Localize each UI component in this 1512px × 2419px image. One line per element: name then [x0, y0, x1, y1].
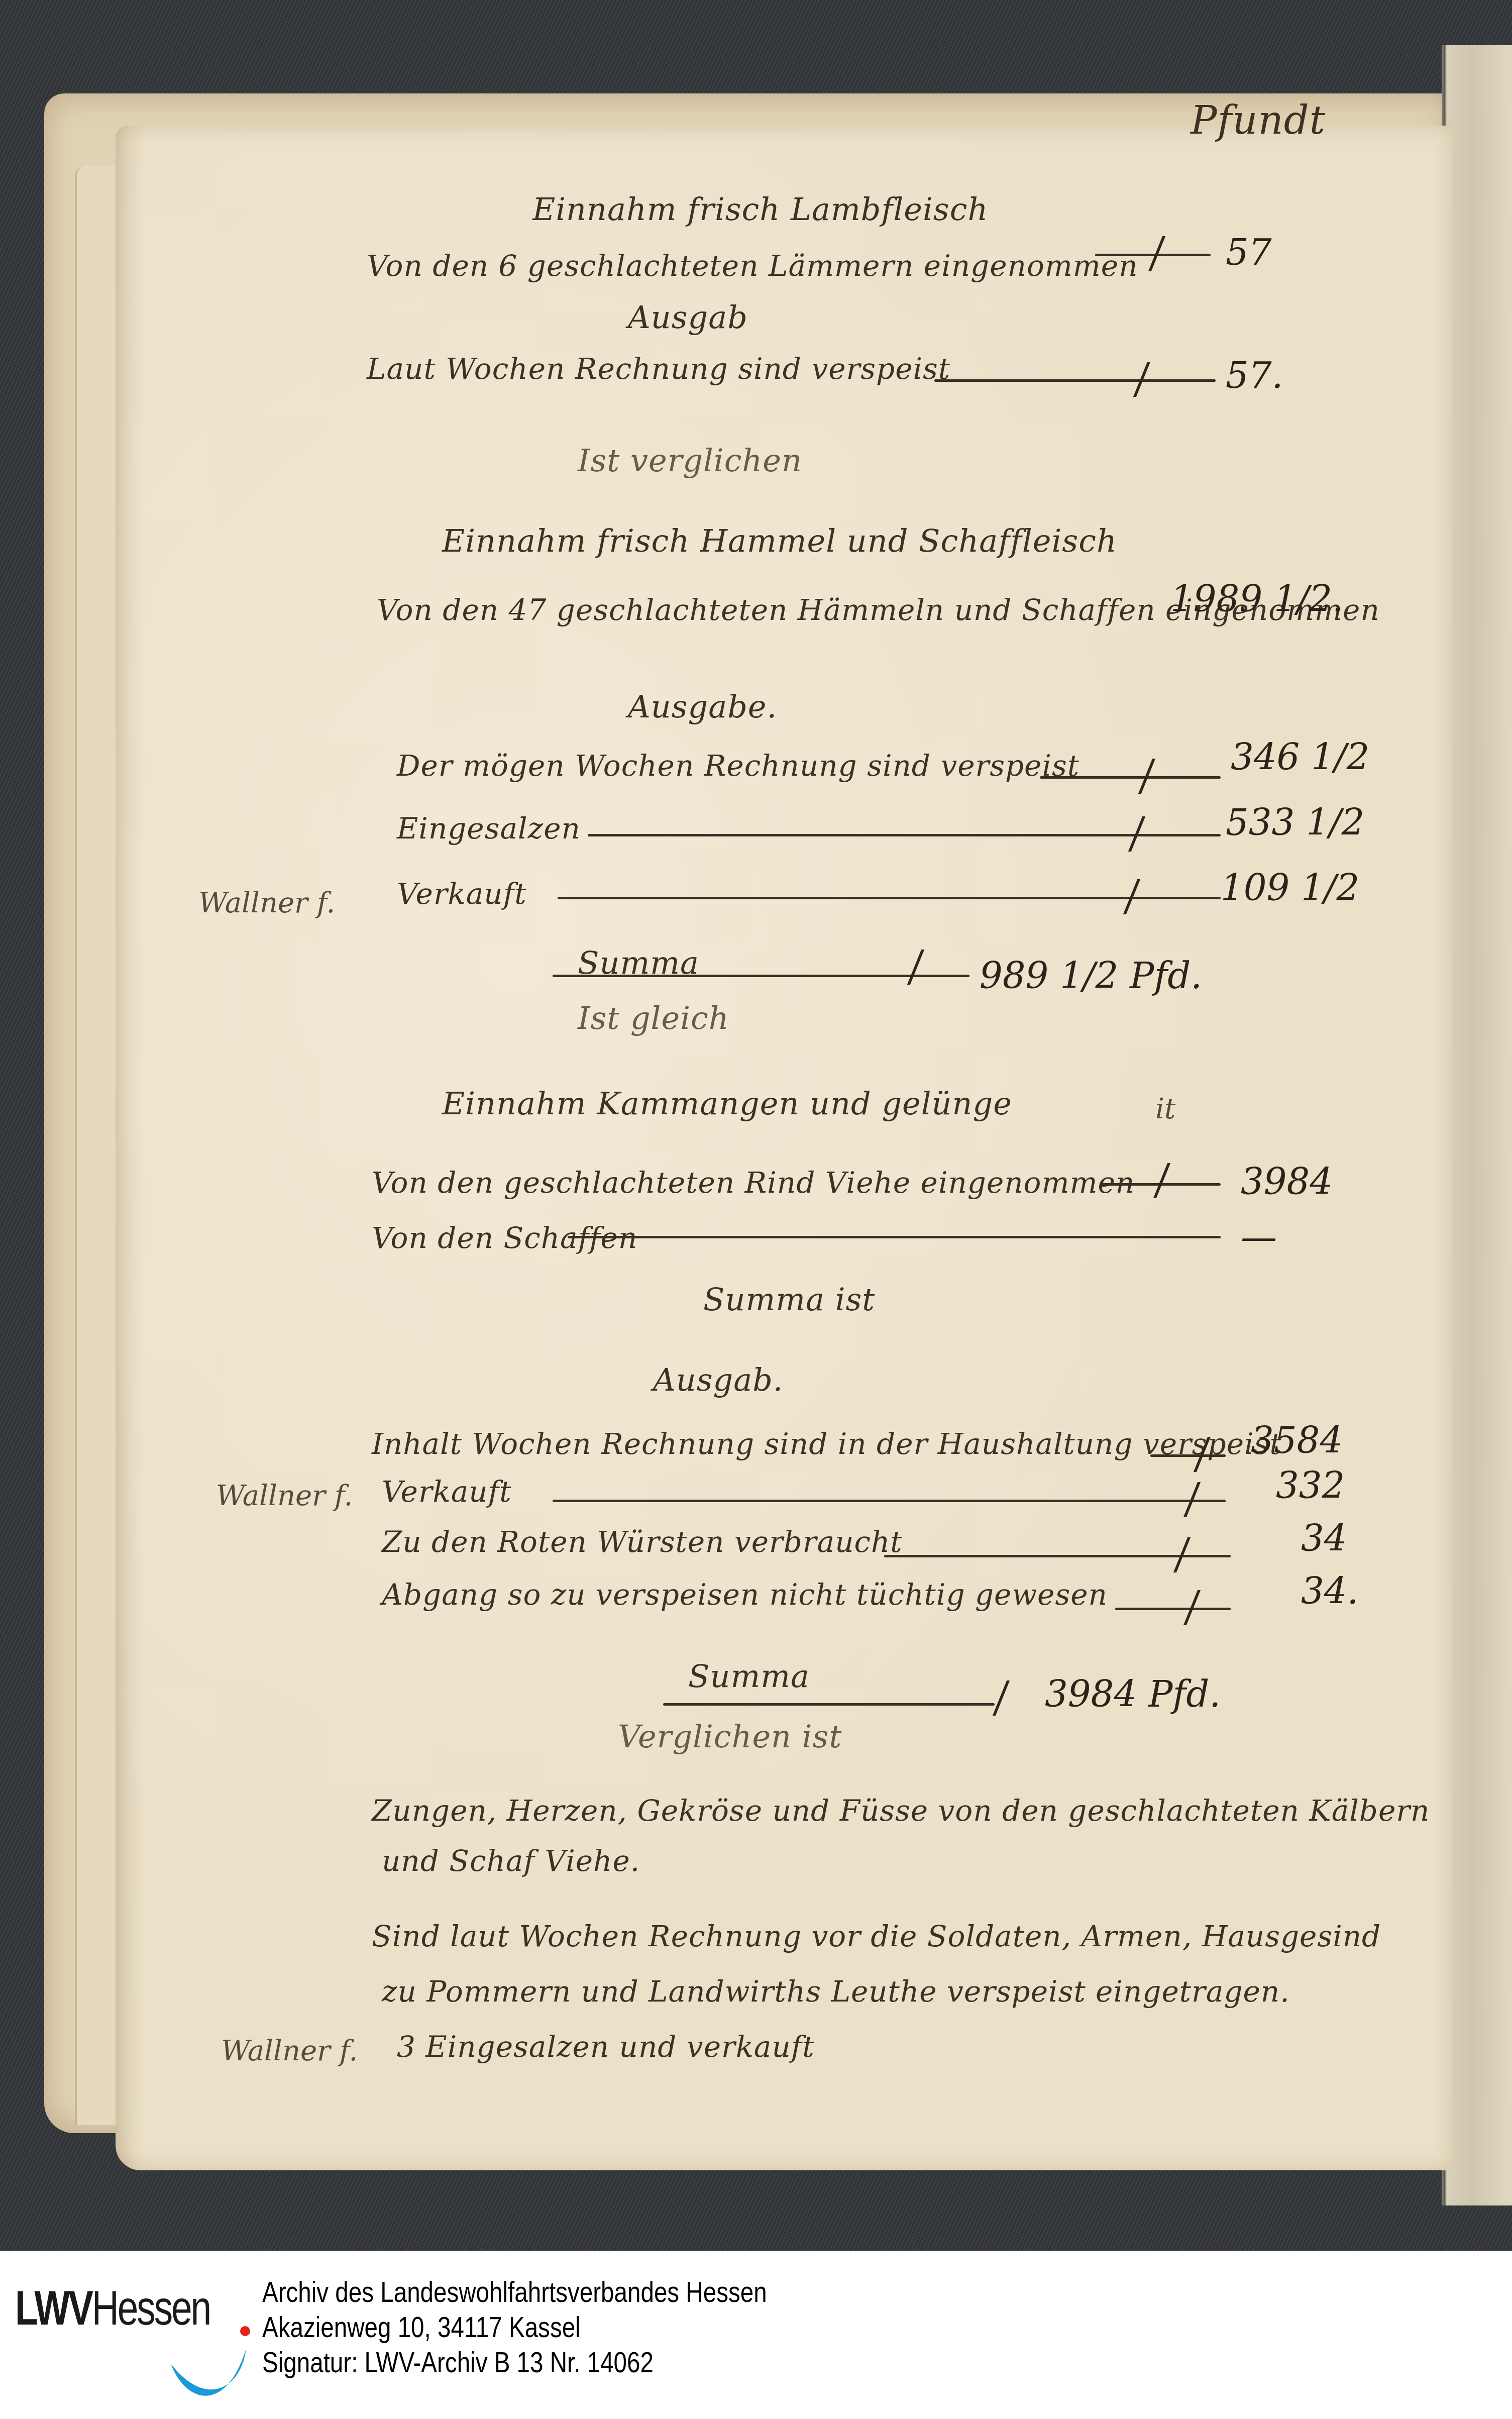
- section-2-summa-amount: 989 1/2 Pfd.: [980, 955, 1202, 997]
- ledger-rule: [663, 1703, 995, 1706]
- lwv-hessen-logo: LWVHessen: [15, 2281, 236, 2411]
- section-3-summa-label: Summa ist: [703, 1281, 875, 1318]
- section-3-margin-mark: it: [1155, 1093, 1175, 1125]
- section-2-expense-row-2: Eingesalzen: [397, 811, 581, 846]
- margin-note-wallner: Wallner f.: [221, 2035, 358, 2067]
- section-3-summa-amount: 3984 Pfd.: [1045, 1673, 1221, 1715]
- ledger-rule: [588, 834, 1221, 836]
- ledger-rule: [568, 1236, 1221, 1238]
- ledger-rule: [884, 1555, 1231, 1557]
- archive-info: Archiv des Landeswohlfahrtsverbandes Hes…: [262, 2275, 767, 2380]
- logo-bold-text: LWV: [15, 2281, 92, 2335]
- section-3-income-amount-1: 3984: [1241, 1161, 1333, 1203]
- section-2-expense-row-1: Der mögen Wochen Rechnung sind verspeist: [397, 749, 1079, 783]
- section-3-expense-amount-4: 34.: [1301, 1570, 1359, 1612]
- closing-line-1: Zungen, Herzen, Gekröse und Füsse von de…: [372, 1794, 1430, 1828]
- section-2-title: Einnahm frisch Hammel und Schaffleisch: [442, 522, 1117, 559]
- unit-header: Pfundt: [1191, 98, 1326, 143]
- logo-light-text: Hessen: [92, 2281, 210, 2335]
- section-2-expense-amount-3: 109 1/2: [1221, 867, 1359, 909]
- section-1-income-row: Von den 6 geschlachteten Lämmern eingeno…: [367, 249, 1138, 283]
- section-1-title: Einnahm frisch Lambfleisch: [532, 191, 988, 228]
- section-2-income-amount: 1989 1/2.: [1170, 578, 1344, 620]
- section-1-expense-amount: 57.: [1226, 354, 1283, 396]
- section-1-income-amount: 57: [1226, 231, 1272, 273]
- section-3-expense-amount-3: 34: [1301, 1517, 1347, 1559]
- logo-wordmark: LWVHessen: [15, 2281, 210, 2336]
- ledger-rule: [1040, 776, 1221, 779]
- ledger-rule: [553, 1500, 1226, 1502]
- closing-line-3: Sind laut Wochen Rechnung vor die Soldat…: [372, 1919, 1381, 1953]
- section-1-closing: Ist verglichen: [578, 442, 802, 479]
- section-3-expense-row-3: Zu den Roten Würsten verbraucht: [382, 1525, 903, 1559]
- section-3-expense-title: Ausgab.: [653, 1361, 784, 1398]
- section-3-expense-row-1: Inhalt Wochen Rechnung sind in der Haush…: [372, 1427, 1282, 1461]
- section-1-expense-title: Ausgab: [628, 299, 748, 336]
- ledger-rule: [1150, 1454, 1226, 1457]
- section-3-income-amount-2: —: [1241, 1216, 1277, 1258]
- archive-footer: LWVHessen Archiv des Landeswohlfahrtsver…: [0, 2251, 1512, 2419]
- section-3-expense-amount-2: 332: [1276, 1464, 1345, 1507]
- closing-line-4: zu Pommern und Landwirths Leuthe verspei…: [382, 1974, 1290, 2009]
- archive-signature: Signatur: LWV-Archiv B 13 Nr. 14062: [262, 2345, 767, 2380]
- closing-line-5: 3 Eingesalzen und verkauft: [397, 2030, 815, 2064]
- ledger-rule: [934, 379, 1216, 382]
- section-2-closing: Ist gleich: [578, 1000, 729, 1036]
- ledger-rule: [1095, 254, 1211, 256]
- ledger-rule: [558, 897, 1221, 899]
- logo-red-dot-icon: [240, 2326, 250, 2336]
- section-1-expense-row: Laut Wochen Rechnung sind verspeist: [367, 352, 950, 386]
- ledger-rule: [1115, 1608, 1231, 1610]
- section-2-expense-title: Ausgabe.: [628, 688, 777, 725]
- ledger-rule: [553, 975, 969, 977]
- archive-name: Archiv des Landeswohlfahrtsverbandes Hes…: [262, 2275, 767, 2310]
- logo-swoosh-icon: [166, 2344, 256, 2409]
- section-3-expense-row-2: Verkauft: [382, 1475, 511, 1509]
- section-3-income-row-1: Von den geschlachteten Rind Viehe eingen…: [372, 1166, 1135, 1200]
- book-spine: [1442, 45, 1512, 2205]
- section-3-expense-row-4: Abgang so zu verspeisen nicht tüchtig ge…: [382, 1577, 1108, 1612]
- section-2-expense-row-3: Verkauft: [397, 877, 526, 911]
- section-2-expense-amount-1: 346 1/2: [1231, 736, 1369, 778]
- section-2-expense-amount-2: 533 1/2: [1226, 801, 1364, 844]
- manuscript-page: [116, 126, 1452, 2170]
- margin-note-wallner: Wallner f.: [198, 887, 335, 919]
- section-3-title: Einnahm Kammangen und gelünge: [442, 1085, 1012, 1122]
- margin-note-wallner: Wallner f.: [216, 1480, 353, 1512]
- archive-address: Akazienweg 10, 34117 Kassel: [262, 2310, 767, 2345]
- section-3-summa-label: Summa: [688, 1658, 810, 1695]
- closing-line-2: und Schaf Viehe.: [382, 1844, 640, 1878]
- section-3-expense-amount-1: 3584: [1251, 1419, 1343, 1461]
- section-3-closing: Verglichen ist: [618, 1718, 842, 1755]
